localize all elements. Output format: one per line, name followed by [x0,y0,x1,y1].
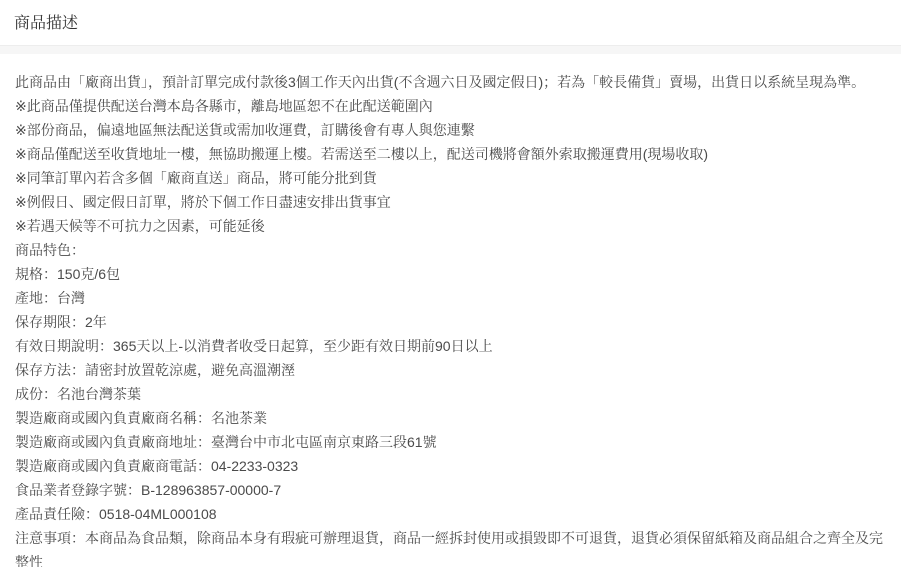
description-line: 成份：名池台灣茶葉 [15,382,886,406]
panel-header: 商品描述 [0,0,901,45]
description-line: 食品業者登錄字號：B-128963857-00000-7 [15,478,886,502]
description-line: 有效日期說明：365天以上-以消費者收受日起算，至少距有效日期前90日以上 [15,334,886,358]
description-line: 規格：150克/6包 [15,262,886,286]
description-line: ※例假日、國定假日訂單，將於下個工作日盡速安排出貨事宜 [15,190,886,214]
description-line: ※部份商品，偏遠地區無法配送貨或需加收運費，訂購後會有專人與您連繫 [15,118,886,142]
description-line: 此商品由「廠商出貨」，預計訂單完成付款後3個工作天內出貨(不含週六日及國定假日)… [15,70,886,94]
page-title: 商品描述 [14,15,78,32]
description-content: 此商品由「廠商出貨」，預計訂單完成付款後3個工作天內出貨(不含週六日及國定假日)… [0,54,901,567]
description-line: 產品責任險：0518-04ML000108 [15,502,886,526]
description-line: 製造廠商或國內負責廠商地址：臺灣台中市北屯區南京東路三段61號 [15,430,886,454]
description-line: ※商品僅配送至收貨地址一樓，無協助搬運上樓。若需送至二樓以上，配送司機將會額外索… [15,142,886,166]
description-line: 注意事項：本商品為食品類，除商品本身有瑕疵可辦理退貨，商品一經拆封使用或損毀即不… [15,526,886,567]
description-line: ※此商品僅提供配送台灣本島各縣市，離島地區恕不在此配送範圍內 [15,94,886,118]
section-divider [0,45,901,54]
description-line: 製造廠商或國內負責廠商電話：04-2233-0323 [15,454,886,478]
description-line: 保存期限：2年 [15,310,886,334]
product-description-panel: 商品描述 此商品由「廠商出貨」，預計訂單完成付款後3個工作天內出貨(不含週六日及… [0,0,901,567]
description-line: 製造廠商或國內負責廠商名稱：名池茶業 [15,406,886,430]
description-line: ※同筆訂單內若含多個「廠商直送」商品，將可能分批到貨 [15,166,886,190]
description-line: 產地：台灣 [15,286,886,310]
description-line: 保存方法：請密封放置乾涼處，避免高溫潮溼 [15,358,886,382]
description-line: 商品特色： [15,238,886,262]
description-line: ※若遇天候等不可抗力之因素，可能延後 [15,214,886,238]
